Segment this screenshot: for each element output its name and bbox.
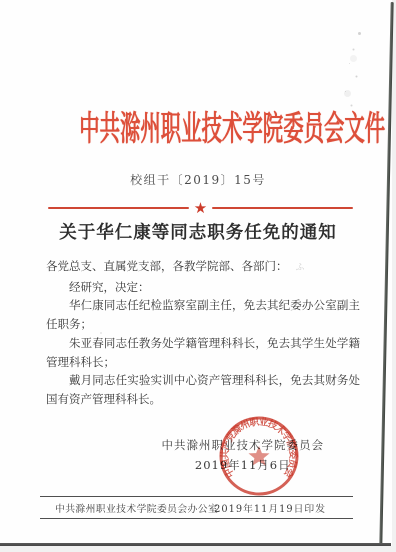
scan-noise — [358, 32, 361, 35]
scan-artifact-mark: ふ — [296, 263, 305, 273]
salutation-text: 各党总支、直属党支部，各教学院部、各部门： — [46, 259, 288, 273]
footer-print-date: 2019年11月19日印发 — [214, 501, 326, 515]
divider-line-left — [48, 207, 189, 209]
letterhead-title: 中共滁州职业技术学院委员会文件 — [79, 101, 317, 150]
footer-rule-bottom — [40, 518, 353, 519]
body-paragraph: 华仁康同志任纪检监察室副主任，免去其纪委办公室副主任职务； — [46, 296, 360, 333]
signature-org: 中共滁州职业技术学院委员会 — [162, 436, 325, 456]
signature-date: 2019年11月6日 — [162, 456, 325, 476]
document-number: 校组干〔2019〕15号 — [0, 171, 396, 188]
footer: 中共滁州职业技术学院委员会办公室 2019年11月19日印发 — [0, 501, 396, 515]
body-paragraph: 朱亚春同志任教务处学籍管理科科长，免去其学生处学籍管理科科长； — [46, 334, 360, 371]
page-edge-bottom — [0, 543, 391, 546]
document-title: 关于华仁康等同志职务任免的通知 — [0, 219, 396, 244]
body-paragraph: 经研究，决定： — [46, 278, 360, 297]
footer-office: 中共滁州职业技术学院委员会办公室 — [55, 501, 218, 515]
star-icon: ★ — [189, 201, 212, 215]
document-page: 中共滁州职业技术学院委员会文件 校组干〔2019〕15号 ★ 关于华仁康等同志职… — [0, 0, 392, 546]
salutation-line: 各党总支、直属党支部，各教学院部、各部门：ふ — [46, 257, 360, 278]
document-body: 各党总支、直属党支部，各教学院部、各部门：ふ 经研究，决定： 华仁康同志任纪检监… — [46, 257, 360, 409]
red-divider: ★ — [48, 201, 353, 215]
footer-rule-top — [40, 496, 353, 497]
body-paragraph: 戴月同志任实验实训中心资产管理科科长，免去其财务处国有资产管理科科长。 — [46, 371, 360, 408]
divider-line-right — [212, 207, 353, 209]
signature-block: 中共滁州职业技术学院委员会 2019年11月6日 — [162, 436, 325, 475]
